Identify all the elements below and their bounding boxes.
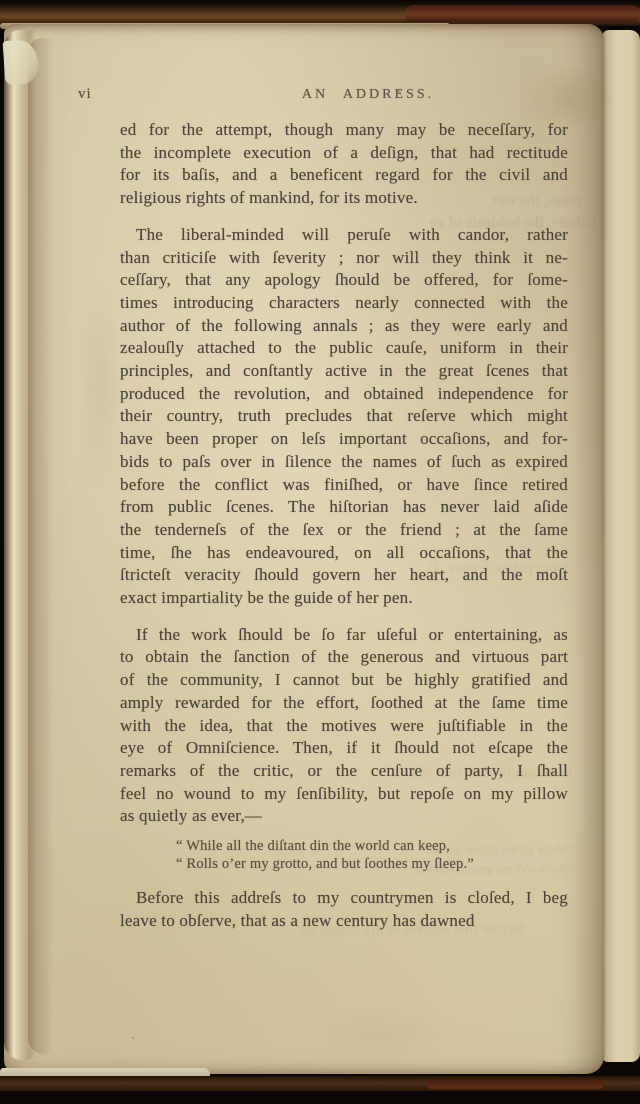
text-line: time, ſhe has endeavoured, on all occaſi… bbox=[120, 542, 568, 565]
text-line: zealouſly attached to the public cauſe, … bbox=[120, 337, 568, 360]
text-line: their country, truth precludes that reſe… bbox=[120, 405, 568, 428]
paragraph: ed for the attempt, though many may be n… bbox=[120, 119, 568, 210]
text-line: exact impartiality be the guide of her p… bbox=[120, 587, 568, 610]
text-line: Before this addreſs to my countrymen is … bbox=[120, 887, 568, 910]
scanned-book-photo: vi AN ADDRESS. ed for the attempt, thoug… bbox=[0, 0, 640, 1104]
text-line: the tenderneſs of the ſex or the friend … bbox=[120, 519, 568, 542]
text-line: the incomplete execution of a deſign, th… bbox=[120, 142, 568, 165]
text-line: eye of Omniſcience. Then, if it ſhould n… bbox=[120, 737, 568, 760]
text-line: feel no wound to my ſenſibility, but rep… bbox=[120, 783, 568, 806]
text-line: The liberal-minded will peruſe with cand… bbox=[120, 224, 568, 247]
paragraph: Before this addreſs to my countrymen is … bbox=[120, 887, 568, 932]
age-stain bbox=[74, 274, 124, 494]
page-number: vi bbox=[78, 86, 92, 103]
text-line: times introducing characters nearly conn… bbox=[120, 292, 568, 315]
body-text: ed for the attempt, though many may be n… bbox=[120, 119, 568, 933]
age-stain bbox=[304, 1004, 464, 1064]
text-line: ſtricteſt veracity ſhould govern her hea… bbox=[120, 564, 568, 587]
text-line: have been proper on leſs important occaſ… bbox=[120, 428, 568, 451]
text-line: ed for the attempt, though many may be n… bbox=[120, 119, 568, 142]
fox-spot bbox=[132, 1037, 134, 1039]
leather-binding-top bbox=[405, 5, 640, 22]
leather-binding-bottom bbox=[428, 1079, 603, 1089]
text-line: leave to obſerve, that as a new century … bbox=[120, 910, 568, 933]
text-line: than criticiſe with ſeverity ; nor will … bbox=[120, 247, 568, 270]
fore-edge-curl-shadow bbox=[28, 38, 74, 1054]
running-header: AN ADDRESS. bbox=[144, 87, 592, 103]
verse-quote: “ While all the diſtant din the world ca… bbox=[176, 837, 568, 873]
paragraph: If the work ſhould be ſo far uſeful or e… bbox=[120, 624, 568, 828]
paragraph: The liberal-minded will peruſe with cand… bbox=[120, 224, 568, 610]
text-line: author of the following annals ; as they… bbox=[120, 315, 568, 338]
text-line: bids to paſs over in ſilence the names o… bbox=[120, 451, 568, 474]
text-line: as quietly as ever,— bbox=[120, 805, 568, 828]
text-line: ceſſary, that any apology ſhould be offe… bbox=[120, 269, 568, 292]
text-line: before the conflict was finiſhed, or hav… bbox=[120, 474, 568, 497]
gutter-page-sliver bbox=[602, 30, 640, 1062]
text-line: “ While all the diſtant din the world ca… bbox=[176, 837, 568, 855]
text-line: principles, and conſtantly active in the… bbox=[120, 360, 568, 383]
text-line: for its baſis, and a beneficent regard f… bbox=[120, 164, 568, 187]
text-line: from public ſcenes. The hiſtorian has ne… bbox=[120, 496, 568, 519]
text-line: “ Rolls o’er my grotto, and but ſoothes … bbox=[176, 855, 568, 873]
text-line: remarks of the critic, or the cenſure of… bbox=[120, 760, 568, 783]
text-line: religious rights of mankind, for its mot… bbox=[120, 187, 568, 210]
text-line: produced the revolution, and obtained in… bbox=[120, 383, 568, 406]
text-line: amply rewarded for the effort, ſoothed a… bbox=[120, 692, 568, 715]
text-line: to obtain the ſanction of the generous a… bbox=[120, 646, 568, 669]
text-line: of the community, I cannot but be highly… bbox=[120, 669, 568, 692]
text-line: If the work ſhould be ſo far uſeful or e… bbox=[120, 624, 568, 647]
text-line: with the idea, that the motives were juſ… bbox=[120, 715, 568, 738]
